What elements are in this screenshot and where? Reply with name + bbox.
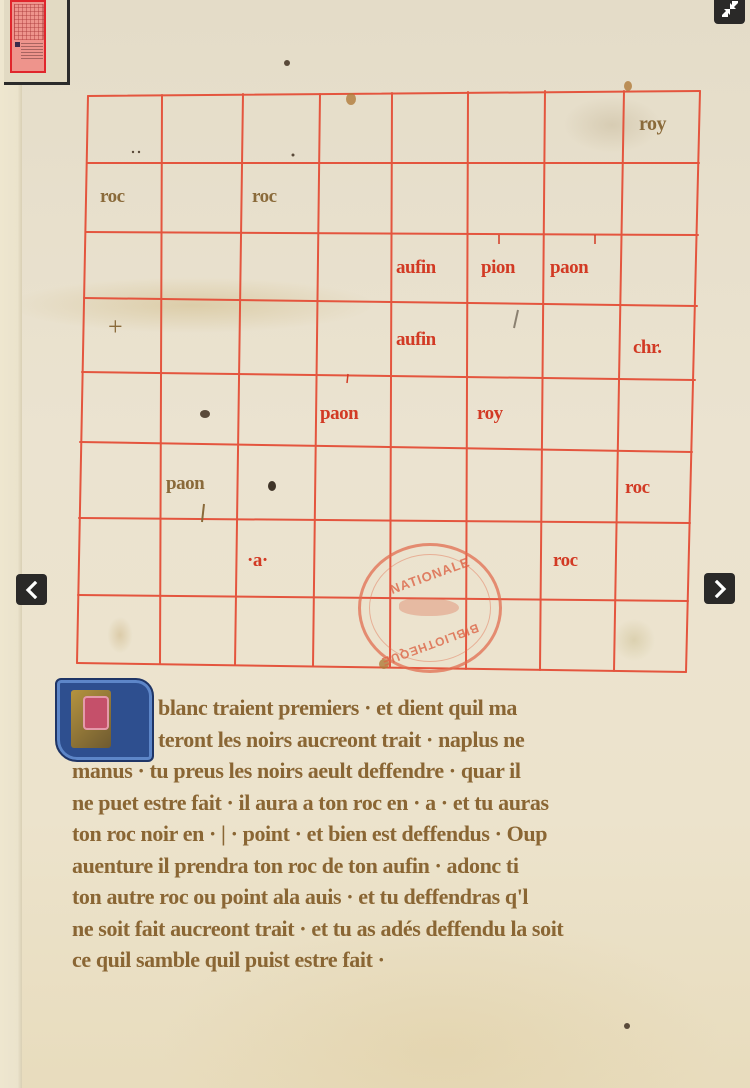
manuscript-viewer[interactable]: roy roc roc aufin pion paon + aufin chr.… bbox=[0, 0, 750, 1088]
text-line-5: ton roc noir en · | · point · et bien es… bbox=[72, 818, 722, 850]
navigator-viewport[interactable] bbox=[10, 0, 46, 73]
chevron-right-icon bbox=[711, 580, 729, 598]
chevron-left-icon bbox=[23, 581, 41, 599]
grid-cell-r1c0: roc bbox=[100, 187, 125, 206]
text-line-2: teront les noirs aucreont trait · naplus… bbox=[72, 724, 722, 756]
grid-cell-r2c4: aufin bbox=[396, 258, 436, 277]
thumbnail-initial bbox=[15, 42, 20, 47]
text-line-8: ne soit fait aucreont trait · et tu as a… bbox=[72, 913, 722, 945]
grid-cell-r3c7: chr. bbox=[633, 338, 661, 357]
grid-cell-r0c7: roy bbox=[639, 114, 666, 134]
grid-cell-r5c1: paon bbox=[166, 474, 204, 493]
grid-cell-r3c0: + bbox=[108, 314, 122, 340]
previous-page-button[interactable] bbox=[16, 574, 47, 605]
fullscreen-toggle-button[interactable] bbox=[714, 0, 745, 24]
grid-cell-r4c3: paon bbox=[320, 404, 358, 423]
thumbnail-grid bbox=[14, 4, 44, 40]
text-line-3: manus · tu preus les noirs aeult deffend… bbox=[72, 755, 722, 787]
grid-cell-r2c6: paon bbox=[550, 258, 588, 277]
library-stamp: NATIONALE BIBLIOTHEQUE bbox=[358, 543, 502, 673]
next-page-button[interactable] bbox=[704, 573, 735, 604]
text-line-7: ton autre roc ou point ala auis · et tu … bbox=[72, 881, 722, 913]
page-edge bbox=[0, 0, 22, 1088]
grid-cell-r6c6: roc bbox=[553, 551, 578, 570]
grid-cell-r4c5: roy bbox=[477, 404, 503, 423]
grid-cell-r3c4: aufin bbox=[396, 330, 436, 349]
grid-cell-r6c2: ·a· bbox=[247, 551, 268, 570]
stamp-emblem bbox=[399, 598, 459, 616]
text-line-6: auenture il prendra ton roc de ton aufin… bbox=[72, 850, 722, 882]
text-line-9: ce quil samble quil puist estre fait · bbox=[72, 944, 722, 976]
grid-cell-r1c2: roc bbox=[252, 187, 277, 206]
grid-cell-r5c7: roc bbox=[625, 478, 650, 497]
text-line-4: ne puet estre fait · il aura a ton roc e… bbox=[72, 787, 722, 819]
navigator-thumbnail[interactable] bbox=[4, 0, 70, 85]
thumbnail-text bbox=[21, 43, 43, 59]
grid-cell-r2c5: pion bbox=[481, 258, 515, 277]
fullscreen-exit-icon bbox=[720, 0, 740, 19]
text-line-1: blanc traient premiers · et dient quil m… bbox=[72, 692, 722, 724]
manuscript-text: blanc traient premiers · et dient quil m… bbox=[72, 692, 722, 976]
